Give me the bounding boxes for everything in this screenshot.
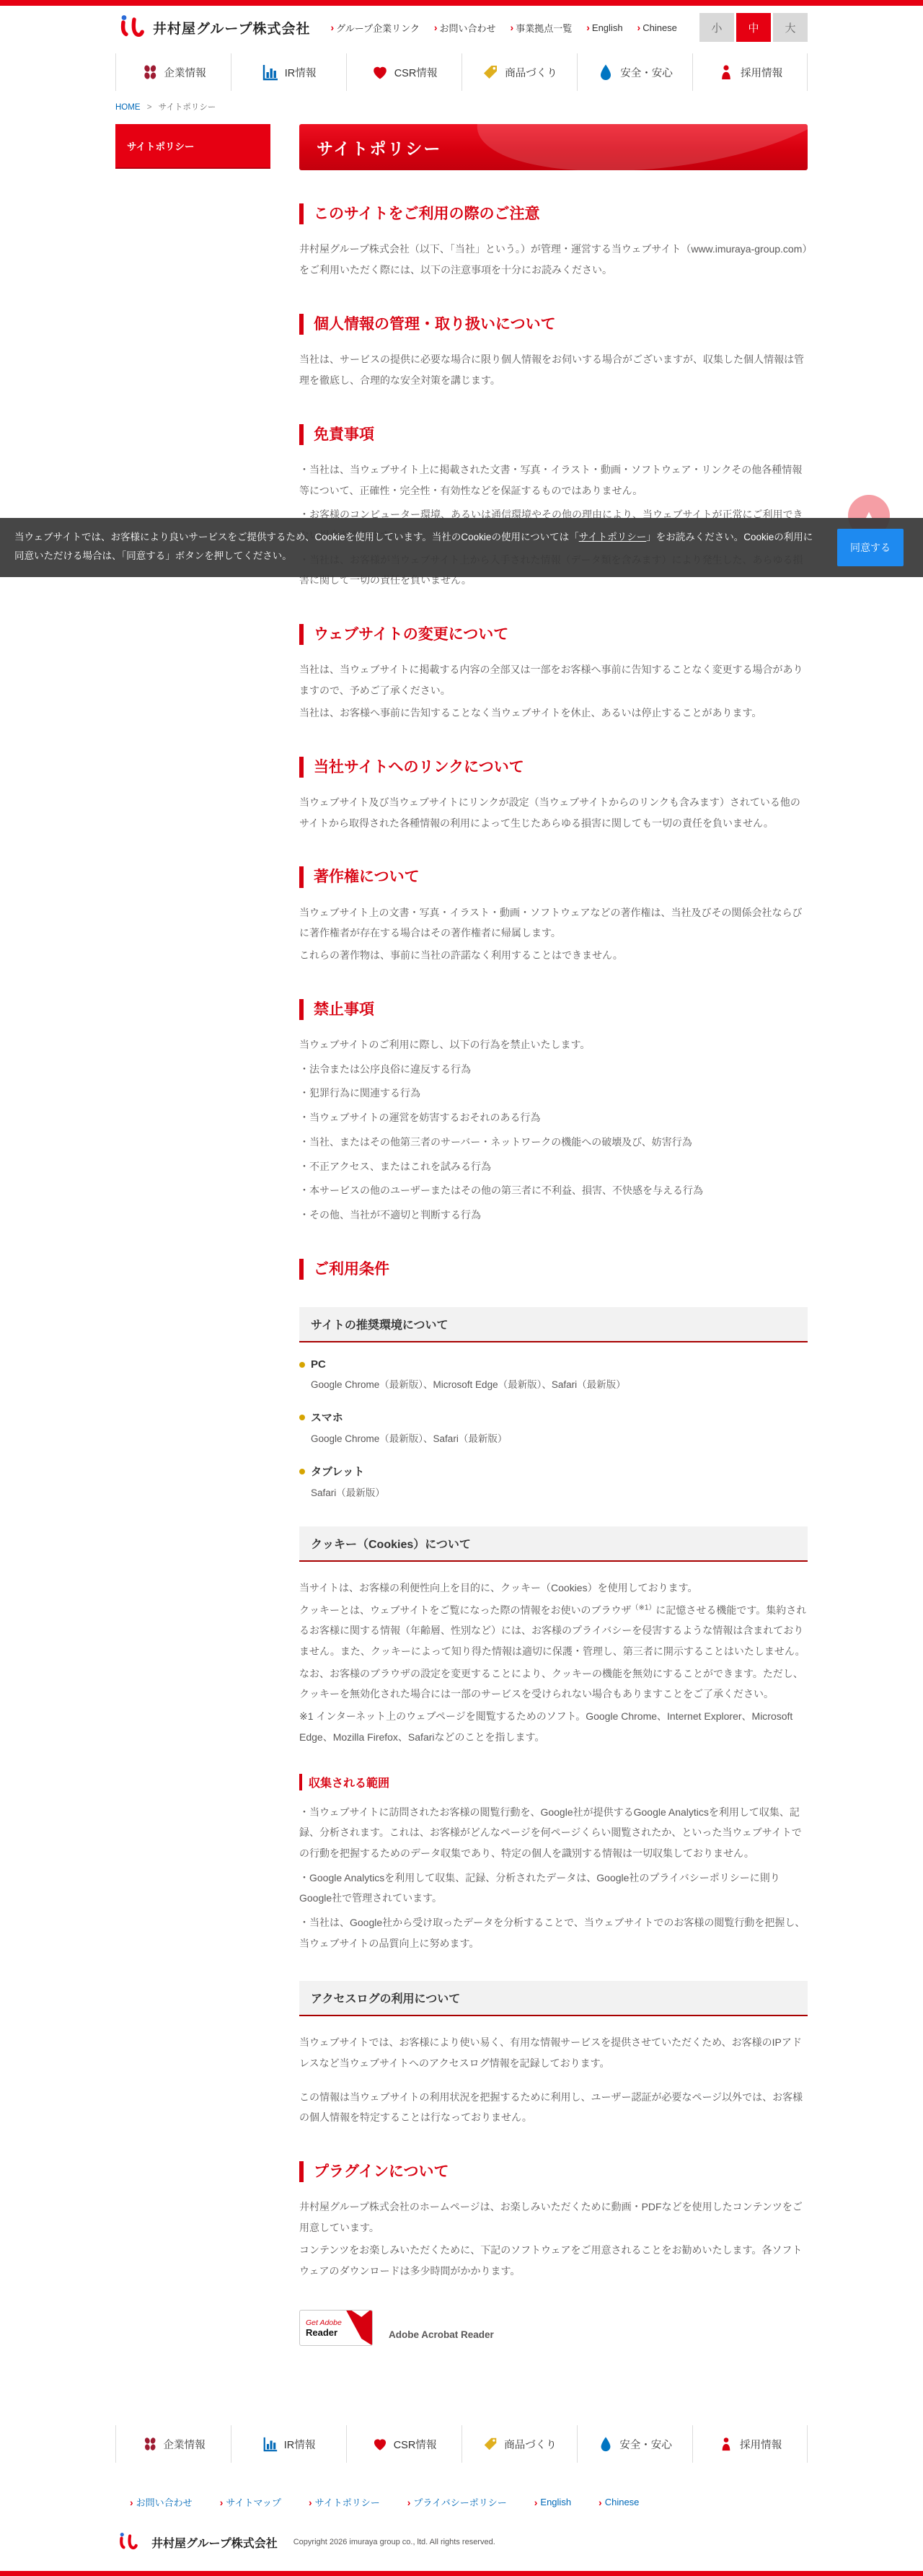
utility-links: ›グループ企業リンク ›お問い合わせ ›事業拠点一覧 ›English ›Chi… <box>330 21 676 35</box>
adobe-reader-badge[interactable]: Get Adobe Reader <box>299 2310 373 2346</box>
list-item: ・不正アクセス、またはこれを試みる行為 <box>299 1156 808 1177</box>
list-item: ・当社、またはその他第三者のサーバー・ネットワークの機能への破壊及び、妨害行為 <box>299 1132 808 1153</box>
section-heading: このサイトをご利用の際のご注意 <box>299 203 808 224</box>
page-title: サイトポリシー <box>317 136 441 159</box>
list-item: ・法令または公序良俗に違反する行為 <box>299 1059 808 1080</box>
nav-item-label: 安全・安心 <box>619 2437 672 2452</box>
footer-nav-item-corporate[interactable]: 企業情報 <box>115 2425 231 2463</box>
bullet-dot-icon <box>299 1469 305 1474</box>
chevron-right-icon: › <box>586 22 590 33</box>
bullet-dot-icon <box>299 1362 305 1368</box>
heart-icon <box>372 2436 388 2452</box>
breadcrumb-separator: > <box>147 103 152 112</box>
section-heading: 個人情報の管理・取り扱いについて <box>299 314 808 335</box>
section-body: 当社は、当ウェブサイトに掲載する内容の全部又は一部をお客様へ事前に告知することな… <box>299 659 808 700</box>
nav-item-label: IR情報 <box>284 2437 316 2452</box>
utility-link-group[interactable]: ›グループ企業リンク <box>330 21 419 35</box>
font-size-small-button[interactable]: 小 <box>699 13 734 42</box>
footer: 企業情報 IR情報 CSR情報 商品づくり <box>0 2425 923 2576</box>
tag-icon <box>482 63 499 81</box>
top-accent-bar <box>0 0 923 6</box>
section-body: 当ウェブサイト及び当ウェブサイトにリンクが設定（当ウェブサイトからのリンクも含み… <box>299 792 808 833</box>
water-drop-icon <box>598 2436 614 2452</box>
device-browsers: Google Chrome（最新版）、Microsoft Edge（最新版）、S… <box>299 1376 808 1391</box>
footer-nav-item-recruit[interactable]: 採用情報 <box>692 2425 808 2463</box>
cookie-consent-banner: 当ウェブサイトでは、お客様により良いサービスをご提供するため、Cookieを使用… <box>0 518 923 577</box>
utility-link-label: Chinese <box>642 22 677 33</box>
utility-link-label: グループ企業リンク <box>336 21 420 35</box>
utility-link-contact[interactable]: ›お問い合わせ <box>434 21 496 35</box>
nav-item-label: 企業情報 <box>164 65 206 80</box>
utility-link-label: お問い合わせ <box>440 21 496 35</box>
footer-logo[interactable] <box>115 2531 140 2554</box>
breadcrumb-home-link[interactable]: HOME <box>115 103 141 112</box>
section-links-to-site: 当社サイトへのリンクについて 当ウェブサイト及び当ウェブサイトにリンクが設定（当… <box>299 757 808 834</box>
subsection-heading-access-log: アクセスログの利用について <box>299 1981 808 2016</box>
device-label: PC <box>311 1358 326 1371</box>
chevron-right-icon: › <box>309 2497 312 2508</box>
list-item: ・当ウェブサイトに訪問されたお客様の閲覧行動を、Google社が提供するGoog… <box>299 1802 808 1864</box>
list-item: ・本サービスの他のユーザーまたはその他の第三者に不利益、損害、不快感を与える行為 <box>299 1180 808 1201</box>
section-body: この情報は当ウェブサイトの利用状況を把握するために利用し、ユーザー認証が必要なペ… <box>299 2087 808 2128</box>
section-heading: プラグインについて <box>299 2161 808 2182</box>
section-body: コンテンツをお楽しみいただくために、下記のソフトウェアをご用意されることをお勧め… <box>299 2240 808 2281</box>
beans-icon <box>142 2436 158 2452</box>
subsection-heading-recommended-env: サイトの推奨環境について <box>299 1307 808 1342</box>
section-body: 井村屋グループ株式会社のホームページは、お楽しみいただくために動画・PDFなどを… <box>299 2197 808 2238</box>
footer-nav-item-csr[interactable]: CSR情報 <box>346 2425 461 2463</box>
section-heading: 禁止事項 <box>299 999 808 1020</box>
subsection-heading-collection-scope: 収集される範囲 <box>299 1774 808 1790</box>
footer-link-privacy-policy[interactable]: ›プライバシーポリシー <box>407 2495 507 2509</box>
utility-link-label: English <box>592 22 623 33</box>
footer-links: ›お問い合わせ ›サイトマップ ›サイトポリシー ›プライバシーポリシー ›En… <box>0 2463 923 2509</box>
nav-item-label: 採用情報 <box>741 65 782 80</box>
font-size-large-button[interactable]: 大 <box>773 13 808 42</box>
utility-link-english[interactable]: ›English <box>586 22 622 33</box>
breadcrumb-current: サイトポリシー <box>159 103 216 112</box>
section-prohibited: 禁止事項 当ウェブサイトのご利用に際し、以下の行為を禁止いたします。 ・法令また… <box>299 999 808 1226</box>
device-browsers: Google Chrome（最新版）、Safari（最新版） <box>299 1430 808 1445</box>
footer-link-contact[interactable]: ›お問い合わせ <box>130 2495 193 2509</box>
chevron-right-icon: › <box>220 2497 224 2508</box>
adobe-reader-label: Adobe Acrobat Reader <box>389 2329 494 2346</box>
page-title-banner: サイトポリシー <box>299 124 808 170</box>
utility-link-label: 事業拠点一覧 <box>516 21 572 35</box>
site-logo[interactable]: 井村屋グループ株式会社 <box>115 13 310 42</box>
chevron-right-icon: › <box>637 22 641 33</box>
chevron-right-icon: › <box>407 2497 411 2508</box>
copyright-text: Copyright 2026 imuraya group co., ltd. A… <box>293 2538 495 2546</box>
section-body: 当サイトは、お客様の利便性向上を目的に、クッキー（Cookies）を使用しており… <box>299 1578 808 1599</box>
footer-nav-item-ir[interactable]: IR情報 <box>231 2425 346 2463</box>
nav-item-label: CSR情報 <box>394 65 438 80</box>
footer-link-sitemap[interactable]: ›サイトマップ <box>220 2495 281 2509</box>
water-drop-icon <box>597 63 614 81</box>
device-browsers: Safari（最新版） <box>299 1485 808 1499</box>
cookie-text: 当ウェブサイトでは、お客様により良いサービスをご提供するため、Cookieを使用… <box>14 532 579 542</box>
chevron-right-icon: › <box>511 22 514 33</box>
list-item: ・当社は、当ウェブサイト上に掲載された文書・写真・イラスト・動画・ソフトウェア・… <box>299 460 808 501</box>
global-nav: 企業情報 IR情報 CSR情報 商品づくり 安全・安心 採用 <box>115 53 808 91</box>
list-item: ・犯罪行為に関連する行為 <box>299 1083 808 1104</box>
bar-chart-icon <box>262 63 279 81</box>
cookie-site-policy-link[interactable]: サイトポリシー <box>579 532 647 542</box>
sidebar-item-site-policy[interactable]: サイトポリシー <box>115 124 270 169</box>
chevron-right-icon: › <box>434 22 438 33</box>
section-body: 当ウェブサイトのご利用に際し、以下の行為を禁止いたします。 <box>299 1034 808 1055</box>
nav-item-csr[interactable]: CSR情報 <box>346 53 461 91</box>
bottom-accent-bar <box>0 2571 923 2576</box>
nav-item-label: 安全・安心 <box>620 65 673 80</box>
tag-icon <box>482 2436 498 2452</box>
section-heading: 当社サイトへのリンクについて <box>299 757 808 778</box>
nav-item-corporate[interactable]: 企業情報 <box>115 53 231 91</box>
footnote: ※1 インターネット上のウェブページを閲覧するためのソフト。Google Chr… <box>299 1706 808 1747</box>
section-plugin: プラグインについて 井村屋グループ株式会社のホームページは、お楽しみいただくため… <box>299 2161 808 2346</box>
font-size-switcher: 小 中 大 <box>699 13 808 42</box>
recommended-device-smartphone: スマホ Google Chrome（最新版）、Safari（最新版） <box>299 1410 808 1445</box>
site-header: 井村屋グループ株式会社 ›グループ企業リンク ›お問い合わせ ›事業拠点一覧 ›… <box>0 6 923 49</box>
footer-link-english[interactable]: ›English <box>534 2495 571 2509</box>
nav-item-label: 商品づくり <box>504 2437 557 2452</box>
person-icon <box>717 63 735 81</box>
section-heading: 免責事項 <box>299 424 808 445</box>
section-heading: ウェブサイトの変更について <box>299 624 808 645</box>
nav-item-label: CSR情報 <box>394 2437 437 2452</box>
chevron-right-icon: › <box>330 22 334 33</box>
recommended-device-pc: PC Google Chrome（最新版）、Microsoft Edge（最新版… <box>299 1358 808 1391</box>
section-body: 当社は、サービスの提供に必要な場合に限り個人情報をお伺いする場合がございますが、… <box>299 349 808 390</box>
footer-link-chinese[interactable]: ›Chinese <box>599 2495 639 2509</box>
section-heading: ご利用条件 <box>299 1259 808 1280</box>
breadcrumb: HOME > サイトポリシー <box>0 91 923 120</box>
section-caution: このサイトをご利用の際のご注意 井村屋グループ株式会社（以下、「当社」という。）… <box>299 203 808 281</box>
imuraya-logo-icon <box>115 2531 140 2554</box>
bar-chart-icon <box>262 2436 278 2452</box>
sidebar: サイトポリシー <box>115 124 270 169</box>
list-item: ・その他、当社が不適切と判断する行為 <box>299 1205 808 1226</box>
footer-link-site-policy[interactable]: ›サイトポリシー <box>309 2495 380 2509</box>
footnote-ref: （※1） <box>631 1604 655 1612</box>
nav-item-ir[interactable]: IR情報 <box>231 53 346 91</box>
nav-item-label: 商品づくり <box>505 65 557 80</box>
chevron-right-icon: › <box>599 2497 602 2508</box>
section-terms: ご利用条件 サイトの推奨環境について PC Google Chrome（最新版）… <box>299 1259 808 2128</box>
footer-nav: 企業情報 IR情報 CSR情報 商品づくり <box>115 2425 808 2463</box>
device-label: スマホ <box>311 1410 343 1425</box>
person-icon <box>718 2436 734 2452</box>
section-website-changes: ウェブサイトの変更について 当社は、当ウェブサイトに掲載する内容の全部又は一部を… <box>299 624 808 723</box>
nav-item-safety[interactable]: 安全・安心 <box>577 53 692 91</box>
bullet-dot-icon <box>299 1415 305 1420</box>
utility-link-chinese[interactable]: ›Chinese <box>637 22 677 33</box>
section-body: 当ウェブサイトでは、お客様により使い易く、有用な情報サービスを提供させていただく… <box>299 2032 808 2073</box>
subsection-heading-cookies: クッキー（Cookies）について <box>299 1526 808 1562</box>
section-heading: 著作権について <box>299 866 808 887</box>
cookie-agree-button[interactable]: 同意する <box>837 529 904 566</box>
nav-item-recruit[interactable]: 採用情報 <box>692 53 808 91</box>
chevron-right-icon: › <box>130 2497 133 2508</box>
footer-company-name: 井村屋グループ株式会社 <box>151 2534 278 2551</box>
footer-nav-item-safety[interactable]: 安全・安心 <box>577 2425 692 2463</box>
list-item: ・当ウェブサイトの運営を妨害するおそれのある行為 <box>299 1107 808 1128</box>
main-content: サイトポリシー このサイトをご利用の際のご注意 井村屋グループ株式会社（以下、「… <box>299 124 808 2353</box>
section-body: 当社は、お客様へ事前に告知することなく当ウェブサイトを休止、あるいは停止すること… <box>299 703 808 724</box>
footer-nav-item-products[interactable]: 商品づくり <box>461 2425 577 2463</box>
section-body: なお、お客様のブラウザの設定を変更することにより、クッキーの機能を無効にすること… <box>299 1663 808 1705</box>
section-personal-info: 個人情報の管理・取り扱いについて 当社は、サービスの提供に必要な場合に限り個人情… <box>299 314 808 391</box>
nav-item-label: 採用情報 <box>740 2437 782 2452</box>
list-item: ・当社は、Google社から受け取ったデータを分析することで、当ウェブサイトでの… <box>299 1912 808 1953</box>
section-body: クッキーとは、ウェブサイトをご覧になった際の情報をお使いのブラウザ（※1）に記憶… <box>299 1600 808 1662</box>
nav-item-label: IR情報 <box>285 65 317 80</box>
beans-icon <box>141 63 159 81</box>
nav-item-products[interactable]: 商品づくり <box>461 53 577 91</box>
company-name: 井村屋グループ株式会社 <box>153 18 310 38</box>
font-size-medium-button[interactable]: 中 <box>736 13 771 42</box>
section-copyright: 著作権について 当ウェブサイト上の文書・写真・イラスト・動画・ソフトウェアなどの… <box>299 866 808 965</box>
section-body: これらの著作物は、事前に当社の許諾なく利用することはできません。 <box>299 945 808 966</box>
chevron-right-icon: › <box>534 2497 538 2508</box>
section-body: 井村屋グループ株式会社（以下、「当社」という。）が管理・運営する当ウェブサイト（… <box>299 239 808 280</box>
recommended-device-tablet: タブレット Safari（最新版） <box>299 1464 808 1499</box>
section-body: 当ウェブサイト上の文書・写真・イラスト・動画・ソフトウェアなどの著作権は、当社及… <box>299 902 808 944</box>
list-item: ・Google Analyticsを利用して収集、記録、分析されたデータは、Go… <box>299 1868 808 1909</box>
heart-icon <box>371 63 389 81</box>
imuraya-logo-icon <box>115 13 147 42</box>
utility-link-locations[interactable]: ›事業拠点一覧 <box>511 21 573 35</box>
device-label: タブレット <box>311 1464 364 1479</box>
nav-item-label: 企業情報 <box>164 2437 206 2452</box>
